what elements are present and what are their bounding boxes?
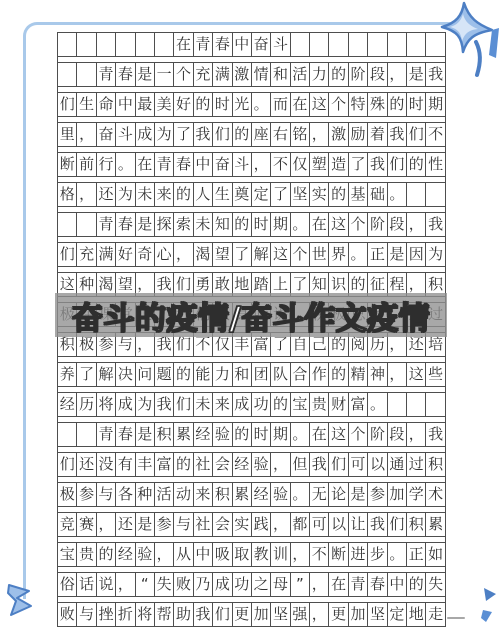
grid-cell: 青 bbox=[193, 32, 213, 57]
grid-cell bbox=[57, 32, 77, 57]
grid-cell: 坚 bbox=[367, 602, 387, 627]
grid-cell: 充 bbox=[76, 242, 96, 267]
grid-cell: 成 bbox=[212, 572, 232, 597]
grid-cell: 会 bbox=[212, 512, 232, 537]
grid-cell: 乃 bbox=[193, 572, 213, 597]
grid-cell: ， bbox=[173, 242, 193, 267]
composition-row: 经历将成为我们未来成功的宝贵财富。 bbox=[57, 392, 445, 417]
grid-cell: 春 bbox=[115, 62, 135, 87]
grid-cell: 的 bbox=[173, 452, 193, 477]
grid-cell: 验 bbox=[251, 452, 271, 477]
composition-page: 在青春中奋斗青春是一个充满激情和活力的阶段，是我们生命中最美好的时光。而在这个特… bbox=[0, 0, 500, 633]
grid-cell: 实 bbox=[309, 182, 329, 207]
grid-cell: 践 bbox=[251, 512, 271, 537]
grid-cell: 可 bbox=[348, 452, 368, 477]
grid-cell: 来 bbox=[154, 182, 174, 207]
grid-cell: 索 bbox=[173, 212, 193, 237]
grid-cell: 母 bbox=[270, 572, 290, 597]
grid-cell: 这 bbox=[309, 92, 329, 117]
grid-cell: 段 bbox=[387, 212, 407, 237]
composition-row: 青春是一个充满激情和活力的阶段，是我 bbox=[57, 62, 445, 87]
grid-cell: 赛 bbox=[76, 512, 96, 537]
grid-cell: 。 bbox=[387, 542, 407, 567]
grid-cell: 的 bbox=[232, 122, 252, 147]
grid-cell: 没 bbox=[96, 452, 116, 477]
grid-cell: 历 bbox=[76, 392, 96, 417]
grid-cell: 失 bbox=[425, 572, 445, 597]
composition-row: 俗话说，“失败乃成功之母”，在青春中的失 bbox=[57, 572, 445, 597]
grid-cell: 与 bbox=[173, 512, 193, 537]
grid-cell: 满 bbox=[212, 62, 232, 87]
grid-cell: 塑 bbox=[309, 152, 329, 177]
grid-cell: 时 bbox=[212, 92, 232, 117]
grid-cell: 这 bbox=[270, 242, 290, 267]
grid-cell bbox=[57, 422, 77, 447]
grid-cell: 以 bbox=[367, 452, 387, 477]
grid-cell: 神 bbox=[367, 362, 387, 387]
grid-cell: 世 bbox=[309, 242, 329, 267]
grid-cell: 。 bbox=[387, 182, 407, 207]
grid-cell: 个 bbox=[173, 62, 193, 87]
grid-cell: 不 bbox=[270, 152, 290, 177]
grid-cell: 说 bbox=[96, 572, 116, 597]
grid-cell bbox=[76, 62, 96, 87]
grid-cell: 队 bbox=[270, 362, 290, 387]
grid-cell: 前 bbox=[76, 152, 96, 177]
grid-cell: 未 bbox=[193, 392, 213, 417]
grid-cell: 了 bbox=[232, 242, 252, 267]
grid-cell bbox=[57, 212, 77, 237]
grid-cell: 会 bbox=[212, 452, 232, 477]
grid-cell: 坚 bbox=[270, 602, 290, 627]
grid-cell: 好 bbox=[173, 92, 193, 117]
grid-cell: 我 bbox=[193, 122, 213, 147]
grid-cell: 的 bbox=[328, 62, 348, 87]
grid-cell: 经 bbox=[57, 392, 77, 417]
corner-star-icon bbox=[430, 0, 500, 80]
grid-cell: 在 bbox=[173, 32, 193, 57]
grid-cell: 我 bbox=[367, 512, 387, 537]
grid-cell: 个 bbox=[328, 92, 348, 117]
grid-cell: 座 bbox=[251, 122, 271, 147]
grid-cell: 作 bbox=[309, 362, 329, 387]
grid-cell: 精 bbox=[348, 362, 368, 387]
grid-cell: 我 bbox=[309, 452, 329, 477]
grid-cell: 础 bbox=[367, 182, 387, 207]
grid-cell: 阶 bbox=[367, 212, 387, 237]
grid-cell: 力 bbox=[309, 62, 329, 87]
grid-cell: 成 bbox=[232, 392, 252, 417]
grid-cell: 渴 bbox=[193, 242, 213, 267]
grid-cell: 种 bbox=[135, 482, 155, 507]
grid-cell: 挫 bbox=[96, 602, 116, 627]
grid-cell: 了 bbox=[173, 122, 193, 147]
grid-cell: 基 bbox=[348, 182, 368, 207]
grid-cell: 情 bbox=[251, 62, 271, 87]
grid-cell: 积 bbox=[425, 452, 445, 477]
grid-cell: 段 bbox=[367, 62, 387, 87]
grid-cell: 春 bbox=[173, 152, 193, 177]
grid-cell: 功 bbox=[232, 572, 252, 597]
grid-cell: 步 bbox=[367, 542, 387, 567]
grid-cell: 能 bbox=[193, 362, 213, 387]
grid-cell: 丰 bbox=[135, 452, 155, 477]
grid-cell: 是 bbox=[406, 62, 426, 87]
grid-cell: 们 bbox=[57, 452, 77, 477]
grid-cell: 经 bbox=[115, 542, 135, 567]
grid-cell: 仅 bbox=[290, 152, 310, 177]
grid-cell: ， bbox=[406, 212, 426, 237]
grid-cell: 累 bbox=[173, 422, 193, 447]
composition-row: 极参与各种活动来积累经验。无论是参加学术 bbox=[57, 482, 445, 507]
grid-cell: 动 bbox=[173, 482, 193, 507]
grid-cell: 宝 bbox=[290, 392, 310, 417]
grid-cell: 中 bbox=[193, 542, 213, 567]
grid-cell: 更 bbox=[328, 602, 348, 627]
grid-cell: 财 bbox=[328, 392, 348, 417]
grid-cell: ” bbox=[290, 572, 310, 597]
grid-cell: 活 bbox=[154, 482, 174, 507]
grid-cell: 的 bbox=[328, 362, 348, 387]
grid-cell: ， bbox=[387, 62, 407, 87]
grid-cell: 在 bbox=[135, 152, 155, 177]
grid-cell: 话 bbox=[76, 572, 96, 597]
grid-cell: 。 bbox=[348, 242, 368, 267]
grid-cell: 的 bbox=[406, 152, 426, 177]
grid-cell: 是 bbox=[387, 242, 407, 267]
grid-cell: 斗 bbox=[232, 152, 252, 177]
composition-row: 断前行。在青春中奋斗，不仅塑造了我们的性 bbox=[57, 152, 445, 177]
grid-cell: 阶 bbox=[367, 422, 387, 447]
grid-cell: ， bbox=[115, 572, 135, 597]
grid-cell: 加 bbox=[387, 482, 407, 507]
grid-cell: 解 bbox=[251, 242, 271, 267]
grid-cell: 生 bbox=[76, 92, 96, 117]
grid-cell bbox=[76, 32, 96, 57]
composition-row: 们生命中最美好的时光。而在这个特殊的时期 bbox=[57, 92, 445, 117]
grid-cell: 合 bbox=[290, 362, 310, 387]
bottom-right-sparkle-icon bbox=[478, 588, 500, 628]
grid-cell: 以 bbox=[328, 512, 348, 537]
grid-cell: ， bbox=[309, 602, 329, 627]
grid-cell: ， bbox=[251, 152, 271, 177]
grid-cell: 失 bbox=[154, 572, 174, 597]
grid-cell: 之 bbox=[251, 572, 271, 597]
grid-cell: 们 bbox=[173, 392, 193, 417]
grid-cell bbox=[406, 182, 426, 207]
grid-cell: 定 bbox=[387, 602, 407, 627]
grid-cell bbox=[328, 32, 348, 57]
grid-cell: 在 bbox=[309, 212, 329, 237]
grid-cell: 的 bbox=[270, 392, 290, 417]
grid-cell: 的 bbox=[173, 362, 193, 387]
grid-cell: 时 bbox=[406, 92, 426, 117]
grid-cell: 充 bbox=[193, 62, 213, 87]
grid-cell: ， bbox=[290, 542, 310, 567]
grid-cell bbox=[406, 32, 426, 57]
grid-cell: 让 bbox=[348, 512, 368, 537]
grid-cell: 个 bbox=[290, 242, 310, 267]
grid-cell: 正 bbox=[406, 542, 426, 567]
grid-cell: 们 bbox=[328, 452, 348, 477]
grid-cell: 青 bbox=[96, 422, 116, 447]
grid-cell bbox=[425, 392, 445, 417]
grid-cell: 积 bbox=[406, 512, 426, 537]
grid-cell: 中 bbox=[193, 152, 213, 177]
grid-cell: 。 bbox=[367, 392, 387, 417]
grid-cell: 将 bbox=[135, 602, 155, 627]
grid-cell: 问 bbox=[135, 362, 155, 387]
grid-cell: 参 bbox=[76, 482, 96, 507]
watermark-text: 奋斗的疫情/奋斗作文疫情 bbox=[72, 293, 430, 338]
grid-cell: 功 bbox=[251, 392, 271, 417]
grid-cell: ， bbox=[387, 362, 407, 387]
grid-cell: ， bbox=[309, 572, 329, 597]
grid-cell: 青 bbox=[154, 152, 174, 177]
grid-cell: 探 bbox=[154, 212, 174, 237]
grid-cell: 来 bbox=[193, 482, 213, 507]
grid-cell: 时 bbox=[251, 212, 271, 237]
grid-cell: 富 bbox=[154, 452, 174, 477]
grid-cell: 验 bbox=[135, 542, 155, 567]
grid-cell: 励 bbox=[348, 122, 368, 147]
grid-cell: 贵 bbox=[76, 542, 96, 567]
grid-cell: 强 bbox=[290, 602, 310, 627]
grid-cell: 最 bbox=[135, 92, 155, 117]
grid-cell: 人 bbox=[193, 182, 213, 207]
grid-cell: 命 bbox=[96, 92, 116, 117]
grid-cell: 好 bbox=[115, 242, 135, 267]
grid-cell: 们 bbox=[387, 152, 407, 177]
grid-cell: 着 bbox=[367, 122, 387, 147]
grid-cell: 极 bbox=[57, 482, 77, 507]
grid-cell: 我 bbox=[154, 392, 174, 417]
grid-cell: 累 bbox=[232, 482, 252, 507]
grid-cell: 养 bbox=[57, 362, 77, 387]
grid-cell: 走 bbox=[425, 602, 445, 627]
grid-cell: 取 bbox=[232, 542, 252, 567]
grid-cell: 成 bbox=[115, 392, 135, 417]
grid-cell: 社 bbox=[193, 512, 213, 537]
grid-cell: 青 bbox=[348, 572, 368, 597]
grid-cell: 与 bbox=[96, 482, 116, 507]
grid-cell: 我 bbox=[425, 422, 445, 447]
grid-cell: 有 bbox=[115, 452, 135, 477]
underline-dash bbox=[447, 617, 465, 619]
grid-cell: 无 bbox=[309, 482, 329, 507]
grid-cell: ， bbox=[76, 182, 96, 207]
grid-cell: 。 bbox=[251, 92, 271, 117]
grid-cell: ， bbox=[76, 122, 96, 147]
grid-cell: 论 bbox=[328, 482, 348, 507]
grid-cell: 个 bbox=[348, 422, 368, 447]
grid-cell: ， bbox=[270, 452, 290, 477]
grid-cell: 不 bbox=[425, 122, 445, 147]
grid-cell bbox=[290, 32, 310, 57]
grid-cell: 的 bbox=[173, 182, 193, 207]
grid-cell bbox=[57, 62, 77, 87]
grid-cell: 折 bbox=[115, 602, 135, 627]
grid-cell: 满 bbox=[96, 242, 116, 267]
grid-cell: 个 bbox=[348, 212, 368, 237]
grid-cell: 行 bbox=[96, 152, 116, 177]
grid-cell: 性 bbox=[425, 152, 445, 177]
grid-cell: 是 bbox=[135, 212, 155, 237]
grid-cell: 来 bbox=[212, 392, 232, 417]
grid-cell: 的 bbox=[406, 572, 426, 597]
grid-cell: 的 bbox=[328, 182, 348, 207]
grid-cell bbox=[425, 182, 445, 207]
watermark-banner: 奋斗的疫情/奋斗作文疫情 bbox=[55, 293, 447, 337]
composition-row: 们还没有丰富的社会经验，但我们可以通过积 bbox=[57, 452, 445, 477]
grid-cell: 右 bbox=[270, 122, 290, 147]
grid-cell: 我 bbox=[367, 152, 387, 177]
grid-cell: 俗 bbox=[57, 572, 77, 597]
grid-cell: 还 bbox=[96, 182, 116, 207]
grid-cell: 我 bbox=[193, 602, 213, 627]
grid-cell: 团 bbox=[251, 362, 271, 387]
grid-cell: 断 bbox=[328, 542, 348, 567]
grid-cell: 为 bbox=[135, 392, 155, 417]
grid-cell: 教 bbox=[251, 542, 271, 567]
grid-cell: 中 bbox=[232, 32, 252, 57]
grid-cell: 中 bbox=[115, 92, 135, 117]
grid-cell: 是 bbox=[348, 482, 368, 507]
grid-cell: 经 bbox=[251, 482, 271, 507]
grid-cell: 激 bbox=[328, 122, 348, 147]
grid-cell: 是 bbox=[135, 422, 155, 447]
grid-cell bbox=[406, 392, 426, 417]
grid-cell: 里 bbox=[57, 122, 77, 147]
grid-cell: 竞 bbox=[57, 512, 77, 537]
grid-cell: 们 bbox=[212, 122, 232, 147]
grid-cell: 奋 bbox=[96, 122, 116, 147]
composition-row: 们充满好奇心，渴望了解这个世界。正是因为 bbox=[57, 242, 445, 267]
grid-cell: 富 bbox=[348, 392, 368, 417]
grid-cell: 激 bbox=[232, 62, 252, 87]
grid-cell: 望 bbox=[212, 242, 232, 267]
grid-cell: 阶 bbox=[348, 62, 368, 87]
grid-cell: 奋 bbox=[212, 152, 232, 177]
grid-cell: 各 bbox=[115, 482, 135, 507]
grid-cell bbox=[135, 32, 155, 57]
grid-cell: 术 bbox=[425, 482, 445, 507]
grid-cell: 心 bbox=[154, 242, 174, 267]
grid-cell: 地 bbox=[406, 602, 426, 627]
grid-cell: 题 bbox=[154, 362, 174, 387]
grid-cell: 学 bbox=[406, 482, 426, 507]
grid-cell: 特 bbox=[348, 92, 368, 117]
grid-cell: 。 bbox=[290, 212, 310, 237]
grid-cell: 们 bbox=[212, 602, 232, 627]
grid-cell: 吸 bbox=[212, 542, 232, 567]
grid-cell: 参 bbox=[154, 512, 174, 537]
grid-cell: 解 bbox=[96, 362, 116, 387]
grid-cell: 春 bbox=[367, 572, 387, 597]
grid-cell: ， bbox=[309, 122, 329, 147]
grid-cell bbox=[309, 32, 329, 57]
composition-row: 青春是探索未知的时期。在这个阶段，我 bbox=[57, 212, 445, 237]
grid-cell: 造 bbox=[328, 152, 348, 177]
grid-cell: 的 bbox=[193, 92, 213, 117]
grid-cell: 期 bbox=[270, 422, 290, 447]
grid-cell: 在 bbox=[309, 422, 329, 447]
grid-cell: 从 bbox=[173, 542, 193, 567]
composition-row: 竞赛，还是参与社会实践，都可以让我们积累 bbox=[57, 512, 445, 537]
grid-cell: 进 bbox=[348, 542, 368, 567]
grid-cell: 界 bbox=[328, 242, 348, 267]
grid-cell: ， bbox=[96, 512, 116, 537]
grid-cell: 的 bbox=[232, 212, 252, 237]
grid-cell: 断 bbox=[57, 152, 77, 177]
grid-cell: 积 bbox=[212, 482, 232, 507]
grid-cell: 而 bbox=[270, 92, 290, 117]
grid-cell bbox=[96, 32, 116, 57]
grid-cell: 过 bbox=[406, 452, 426, 477]
grid-cell: 助 bbox=[173, 602, 193, 627]
grid-cell: 为 bbox=[154, 122, 174, 147]
grid-cell: 奋 bbox=[251, 32, 271, 57]
grid-cell: 如 bbox=[425, 542, 445, 567]
grid-cell: 段 bbox=[387, 422, 407, 447]
grid-cell: 。 bbox=[290, 422, 310, 447]
grid-cell: 这 bbox=[406, 362, 426, 387]
grid-cell: 社 bbox=[193, 452, 213, 477]
grid-cell: 帮 bbox=[154, 602, 174, 627]
grid-cell: 些 bbox=[425, 362, 445, 387]
grid-cell: 败 bbox=[57, 602, 77, 627]
grid-cell: 和 bbox=[232, 362, 252, 387]
grid-cell: 我 bbox=[425, 212, 445, 237]
grid-cell: 通 bbox=[387, 452, 407, 477]
grid-cell: 贵 bbox=[309, 392, 329, 417]
grid-cell: 的 bbox=[96, 542, 116, 567]
grid-cell: 斗 bbox=[115, 122, 135, 147]
grid-cell: 还 bbox=[115, 512, 135, 537]
grid-cell: 为 bbox=[425, 242, 445, 267]
composition-row: 败与挫折将帮助我们更加坚强，更加坚定地走 bbox=[57, 602, 445, 627]
grid-cell: 验 bbox=[212, 422, 232, 447]
grid-cell: 知 bbox=[212, 212, 232, 237]
grid-cell: 力 bbox=[212, 362, 232, 387]
grid-cell: 更 bbox=[232, 602, 252, 627]
composition-row: 青春是积累经验的时期。在这个阶段，我 bbox=[57, 422, 445, 447]
grid-cell: 春 bbox=[115, 422, 135, 447]
grid-cell: 的 bbox=[232, 422, 252, 447]
grid-cell: 正 bbox=[367, 242, 387, 267]
grid-cell: 加 bbox=[251, 602, 271, 627]
composition-row: 格，还为未来的人生奠定了坚实的基础。 bbox=[57, 182, 445, 207]
grid-cell: 积 bbox=[154, 422, 174, 447]
grid-cell: 时 bbox=[251, 422, 271, 447]
grid-cell: 在 bbox=[290, 92, 310, 117]
grid-cell: 未 bbox=[135, 182, 155, 207]
grid-cell: 可 bbox=[309, 512, 329, 537]
grid-cell: 定 bbox=[251, 182, 271, 207]
grid-cell: 不 bbox=[309, 542, 329, 567]
grid-cell: 这 bbox=[328, 422, 348, 447]
grid-cell bbox=[76, 212, 96, 237]
grid-cell: 春 bbox=[115, 212, 135, 237]
grid-cell: 了 bbox=[270, 182, 290, 207]
grid-cell: 们 bbox=[57, 92, 77, 117]
grid-cell: 。 bbox=[115, 152, 135, 177]
composition-row: 宝贵的经验，从中吸取教训，不断进步。正如 bbox=[57, 542, 445, 567]
grid-cell: 未 bbox=[193, 212, 213, 237]
grid-cell: 训 bbox=[270, 542, 290, 567]
grid-cell: 是 bbox=[135, 62, 155, 87]
grid-cell: 青 bbox=[96, 62, 116, 87]
